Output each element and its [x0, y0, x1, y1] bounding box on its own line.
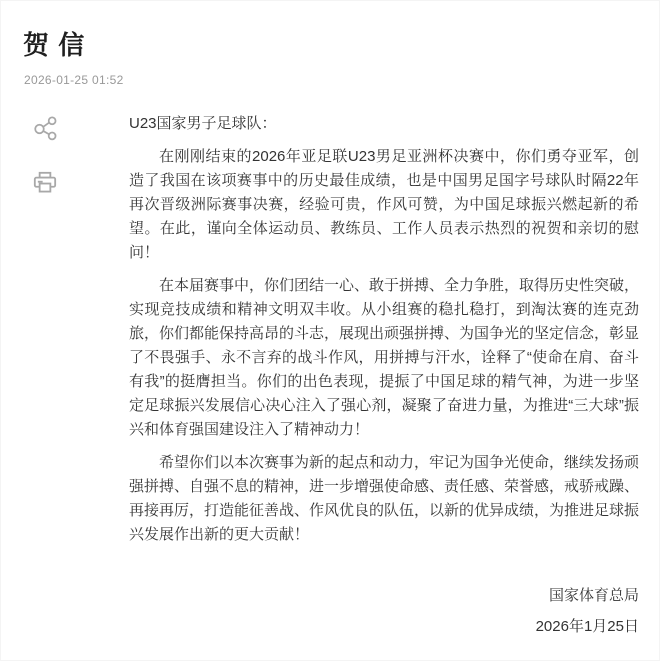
letter-paragraph-2: 在本届赛事中，你们团结一心、敢于拼搏、全力争胜，取得历史性突破，实现竞技成绩和精… — [129, 274, 639, 442]
signature-date: 2026年1月25日 — [129, 615, 639, 639]
article-page: 贺 信 2026-01-25 01:52 — [0, 0, 660, 661]
letter-paragraph-3: 希望你们以本次赛事为新的起点和动力，牢记为国争光使命，继续发扬顽强拼搏、自强不息… — [129, 451, 639, 547]
letter-signature: 国家体育总局 2026年1月25日 — [129, 584, 639, 639]
publish-time: 2026-01-25 01:52 — [24, 73, 637, 87]
printer-icon — [30, 168, 60, 198]
letter-body: U23国家男子足球队： 在刚刚结束的2026年亚足联U23男足亚洲杯决赛中，你们… — [129, 112, 659, 639]
page-title: 贺 信 — [23, 31, 637, 61]
article-main: U23国家男子足球队： 在刚刚结束的2026年亚足联U23男足亚洲杯决赛中，你们… — [1, 112, 659, 639]
print-button[interactable] — [30, 168, 60, 198]
share-button[interactable] — [30, 114, 60, 144]
action-rail — [1, 112, 129, 639]
letter-paragraph-1: 在刚刚结束的2026年亚足联U23男足亚洲杯决赛中，你们勇夺亚军，创造了我国在该… — [129, 145, 639, 265]
share-icon — [31, 114, 60, 143]
signature-author: 国家体育总局 — [129, 584, 639, 608]
letter-salutation: U23国家男子足球队： — [129, 112, 639, 136]
article-header: 贺 信 2026-01-25 01:52 — [1, 1, 659, 87]
